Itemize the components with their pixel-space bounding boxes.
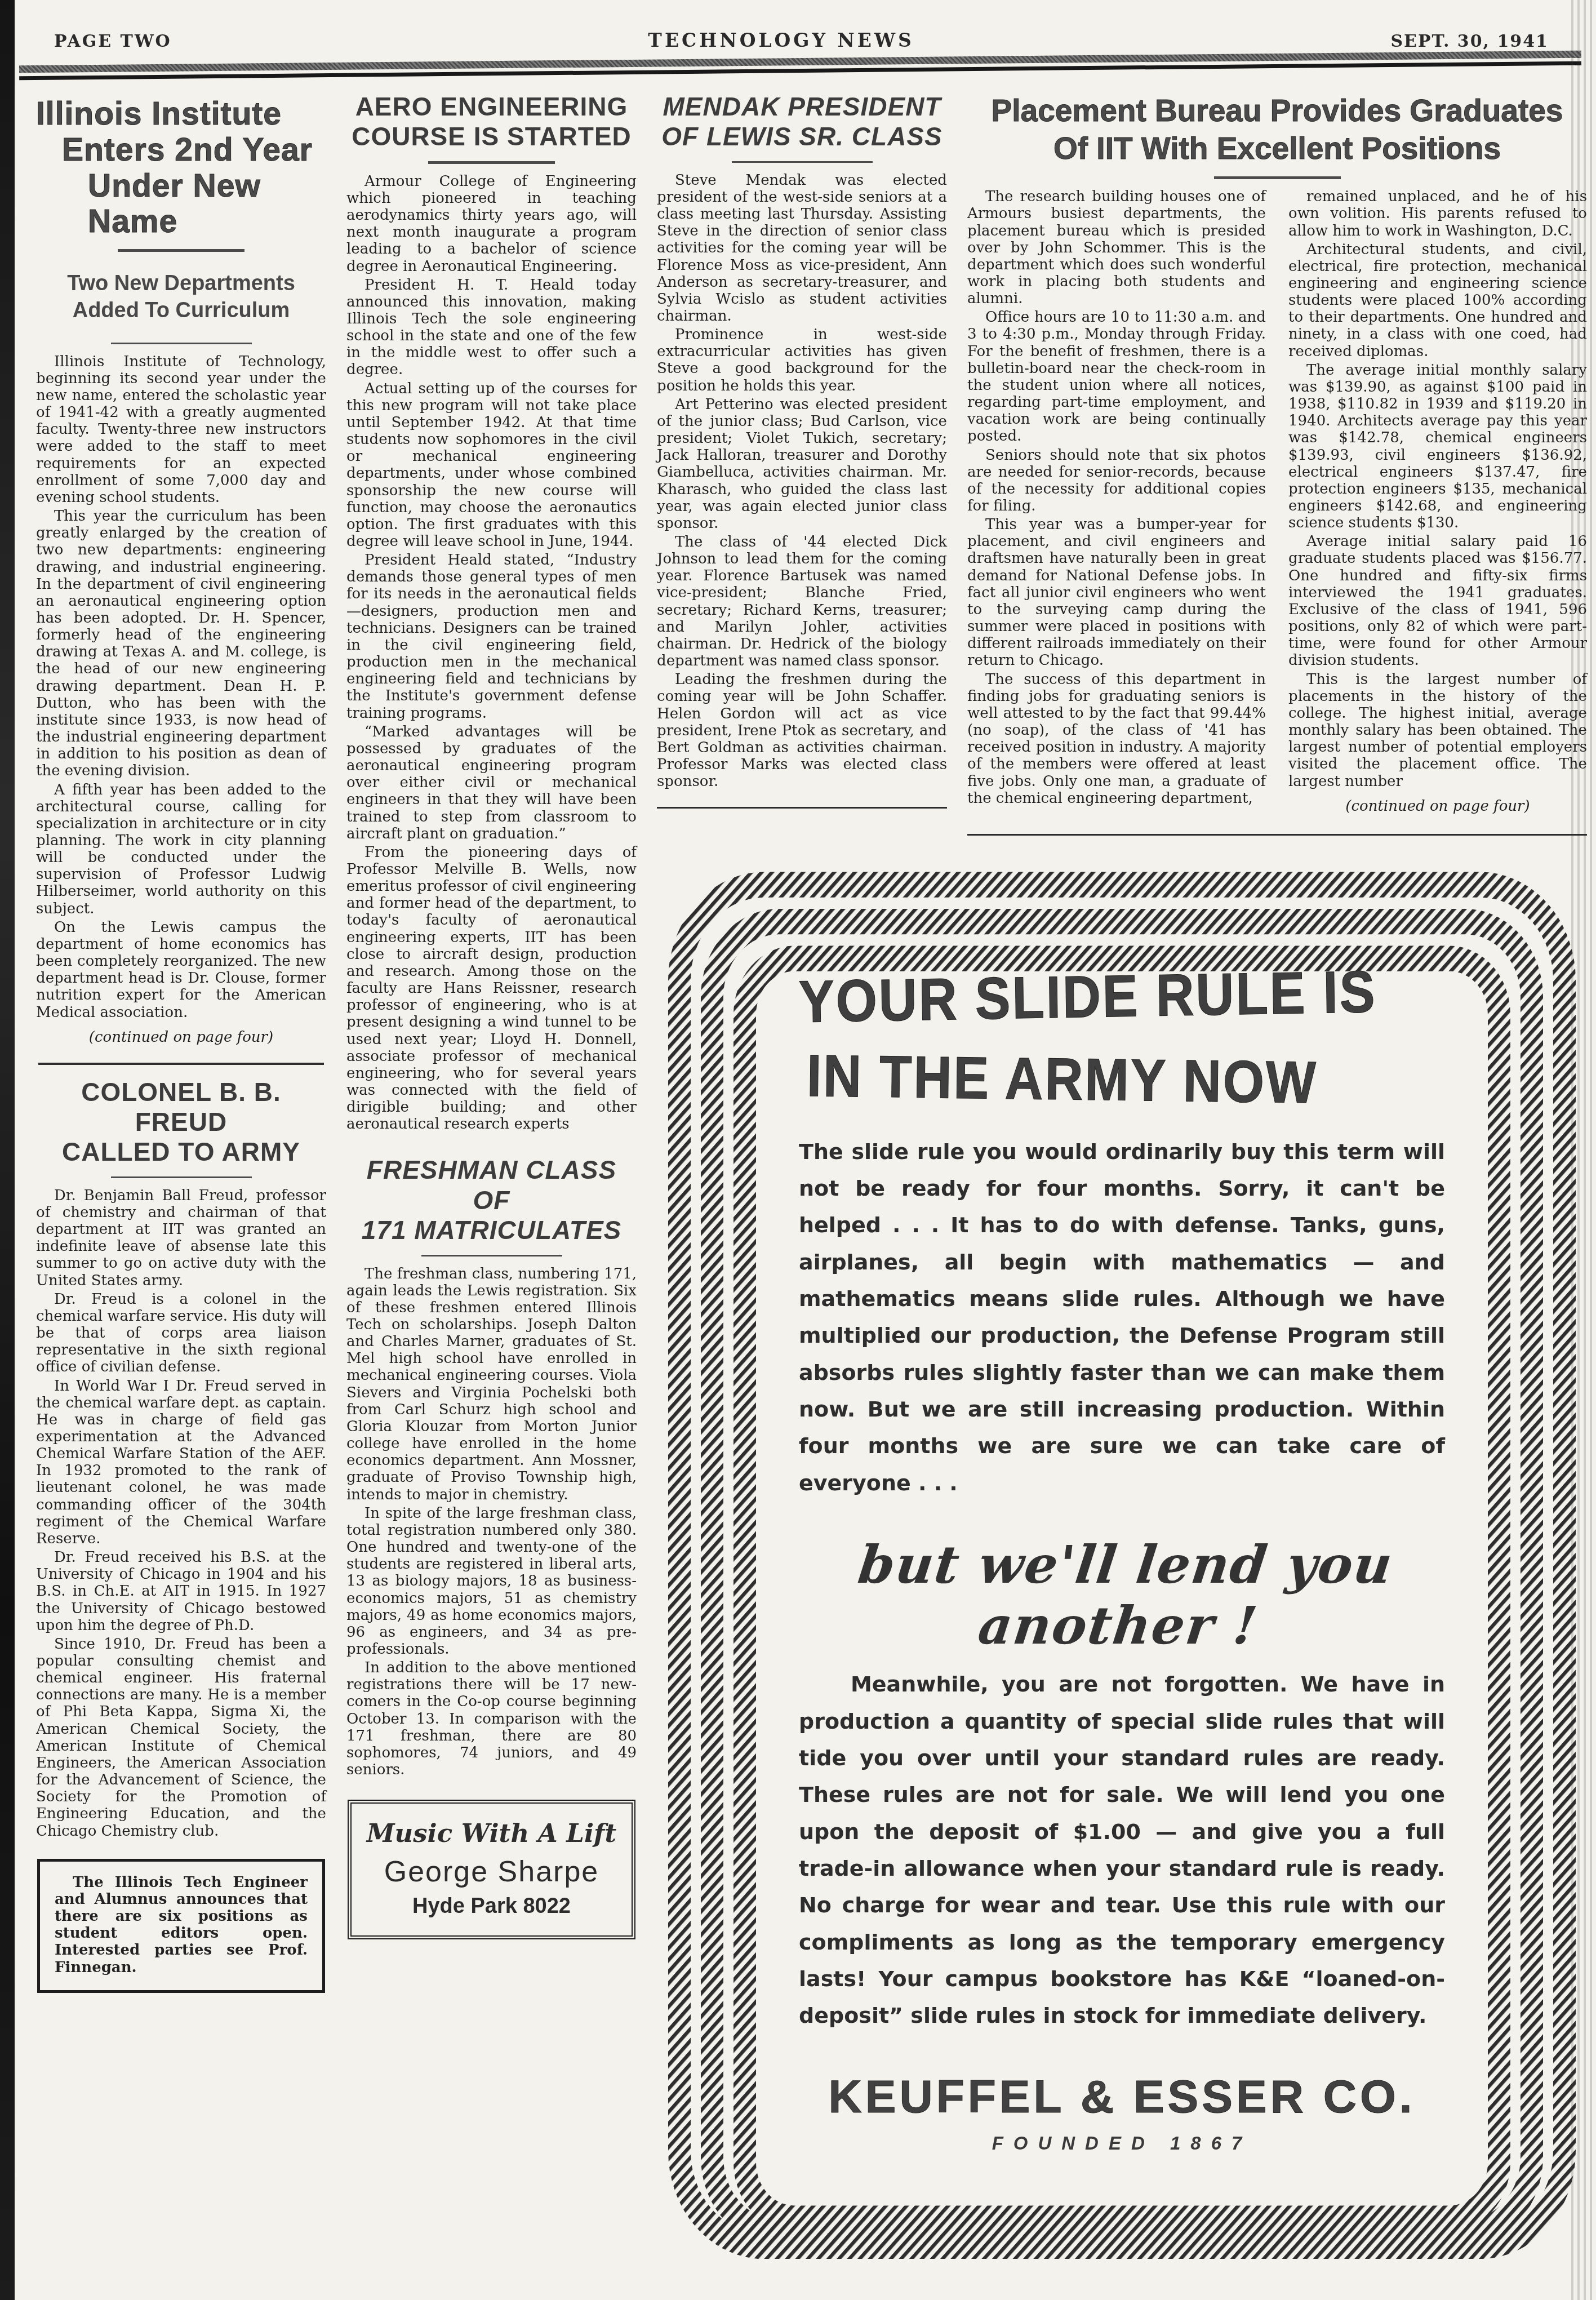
placement-right-column-text: remained unplaced, and he of his own vol… <box>1288 188 1587 789</box>
placement-article-columns: The research building houses one of Armo… <box>967 188 1587 816</box>
column-2: AERO ENGINEERINGCOURSE IS STARTED Armour… <box>346 92 637 2259</box>
aero-article-body: Armour College of Engineering which pion… <box>346 173 637 1133</box>
freud-article-headline: COLONEL B. B. FREUDCALLED TO ARMY <box>36 1077 326 1167</box>
music-ad-slogan: Music With A Lift <box>362 1818 621 1848</box>
music-ad-phone: Hyde Park 8022 <box>362 1894 621 1919</box>
freshman-article-body: The freshman class, numbering 171, again… <box>346 1266 637 1779</box>
newspaper-page: PAGE TWO TECHNOLOGY NEWS SEPT. 30, 1941 … <box>0 0 1596 2300</box>
placement-article: Placement Bureau Provides GraduatesOf II… <box>967 92 1587 836</box>
headline-divider <box>111 1176 252 1178</box>
ad-content: YOUR SLIDE RULE ISIN THE ARMY NOW The sl… <box>657 859 1587 2259</box>
column-3: MENDAK PRESIDENTOF LEWIS SR. CLASS Steve… <box>657 92 947 836</box>
placement-article-headline: Placement Bureau Provides GraduatesOf II… <box>967 92 1587 167</box>
ad-script-line: but we'll lend you another ! <box>792 1534 1453 1656</box>
ad-paragraph-2: Meanwhile, you are not forgotten. We hav… <box>799 1666 1445 2035</box>
subhead-divider <box>111 343 252 344</box>
column-1: Illinois InstituteEnters 2nd YearUnder N… <box>36 92 326 2259</box>
column-grid: Illinois InstituteEnters 2nd YearUnder N… <box>0 73 1596 2259</box>
editor-positions-notice-text: The Illinois Tech Engineer and Alumnus a… <box>55 1874 308 1976</box>
headline-divider <box>428 161 555 164</box>
aero-article-headline: AERO ENGINEERINGCOURSE IS STARTED <box>346 92 637 152</box>
illinois-continued-note: (continued on page four) <box>36 1029 326 1046</box>
illinois-article-body: Illinois Institute of Technology, beginn… <box>36 353 326 1021</box>
scan-right-edge <box>1571 0 1596 2300</box>
keuffel-esser-ad: YOUR SLIDE RULE ISIN THE ARMY NOW The sl… <box>657 859 1587 2259</box>
freshman-article-headline: FRESHMAN CLASS OF171 MATRICULATES <box>346 1155 637 1245</box>
right-region: MENDAK PRESIDENTOF LEWIS SR. CLASS Steve… <box>657 92 1587 2259</box>
headline-divider <box>1214 176 1341 179</box>
music-lessons-ad-box: Music With A Lift George Sharpe Hyde Par… <box>348 1800 635 1939</box>
placement-right-column: remained unplaced, and he of his own vol… <box>1288 188 1587 816</box>
ad-company-name: KEUFFEL & ESSER CO. <box>799 2071 1445 2124</box>
column-end-rule <box>657 807 947 809</box>
right-top-row: MENDAK PRESIDENTOF LEWIS SR. CLASS Steve… <box>657 92 1587 836</box>
illinois-article-subhead: Two New DepartmentsAdded To Curriculum <box>36 270 326 325</box>
placement-continued-note: (continued on page four) <box>1288 798 1587 815</box>
masthead: PAGE TWO TECHNOLOGY NEWS SEPT. 30, 1941 <box>0 0 1596 51</box>
freud-article-body: Dr. Benjamin Ball Freud, professor of ch… <box>36 1187 326 1840</box>
mendak-article-headline: MENDAK PRESIDENTOF LEWIS SR. CLASS <box>657 92 947 152</box>
ad-paragraph-1: The slide rule you would ordinarily buy … <box>799 1134 1445 1502</box>
article-separator-rule <box>38 1063 324 1065</box>
paper-title: TECHNOLOGY NEWS <box>648 29 914 51</box>
scan-binding-edge <box>0 0 15 2300</box>
placement-left-column: The research building houses one of Armo… <box>967 188 1266 816</box>
headline-divider <box>421 1255 562 1256</box>
mendak-article-body: Steve Mendak was elected president of th… <box>657 172 947 791</box>
illinois-article-headline: Illinois InstituteEnters 2nd YearUnder N… <box>36 96 326 240</box>
music-ad-name: George Sharpe <box>362 1855 621 1889</box>
ad-founded-line: FOUNDED 1867 <box>799 2133 1445 2154</box>
headline-divider <box>732 161 873 163</box>
headline-divider <box>118 249 244 252</box>
issue-date: SEPT. 30, 1941 <box>1390 32 1549 51</box>
column-end-rule <box>967 834 1587 836</box>
editor-positions-notice-box: The Illinois Tech Engineer and Alumnus a… <box>37 1859 325 1993</box>
page-number-label: PAGE TWO <box>54 32 172 51</box>
ad-headline: YOUR SLIDE RULE ISIN THE ARMY NOW <box>799 954 1445 1122</box>
